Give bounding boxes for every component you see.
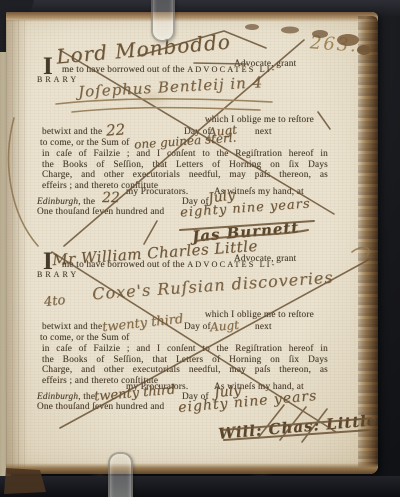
page-holding-strap-top bbox=[151, 0, 175, 42]
printed-borrowed-pre: me to have borrowed out of the bbox=[62, 65, 187, 75]
handwritten-restore-day: twenty third bbox=[101, 312, 184, 335]
background-leather-bottom bbox=[0, 476, 400, 497]
borrowing-form-2: I Mr William Charles Little Advocate, gr… bbox=[6, 253, 378, 465]
handwritten-signature: Will: Chas: Little bbox=[218, 411, 379, 443]
printed-failzie-clause: in caſe of Failzie ; and I conſent to th… bbox=[42, 149, 328, 191]
printed-failzie-clause: in caſe of Failzie ; and I conſent to th… bbox=[42, 344, 328, 386]
printed-oblige: which I oblige me to reſtore bbox=[166, 310, 314, 321]
printed-edinburgh-the: Edinburgh, the bbox=[37, 197, 95, 208]
printed-borrowed-pre: me to have borrowed out of the bbox=[62, 260, 187, 270]
failzie-line-3: Charge, and other executorials needful, … bbox=[42, 365, 328, 376]
printed-borrowed-line: me to have borrowed out of the ADVOCATES… bbox=[62, 260, 277, 271]
printed-next: next bbox=[255, 127, 272, 138]
printed-next: next bbox=[255, 322, 272, 333]
printed-one-thousand: One thouſand ſeven hundred and bbox=[37, 402, 164, 413]
printed-brary: BRARY bbox=[37, 270, 79, 281]
printed-to-come: to come, or the Sum of bbox=[40, 333, 130, 344]
printed-one-thousand: One thouſand ſeven hundred and bbox=[37, 207, 164, 218]
failzie-line-1: in caſe of Failzie ; and I conſent to th… bbox=[42, 149, 328, 160]
handwritten-restore-month: Augt bbox=[209, 318, 239, 334]
page-holding-strap-bottom bbox=[108, 452, 133, 497]
printed-edinburgh-the: Edinburgh, the bbox=[37, 392, 95, 403]
printed-the: the bbox=[81, 197, 95, 207]
failzie-line-2: the Books of Seſſion, that Letters of Ho… bbox=[42, 160, 328, 171]
printed-procurators: my Procurators. bbox=[126, 187, 188, 198]
failzie-line-3: Charge, and other executorials needful, … bbox=[42, 170, 328, 181]
printed-betwixt: betwixt and the bbox=[42, 322, 102, 333]
handwritten-book-title: Coxe's Ruſsian discoveries bbox=[92, 268, 334, 304]
printed-edinburgh: Edinburgh, bbox=[37, 197, 81, 207]
printed-oblige: which I oblige me to reſtore bbox=[166, 115, 314, 126]
handwritten-borrower-name: Lord Monboddo bbox=[55, 29, 231, 68]
handwritten-restore-day: 22 bbox=[105, 120, 125, 139]
failzie-line-1: in caſe of Failzie ; and I conſent to th… bbox=[42, 344, 328, 355]
printed-to-come: to come, or the Sum of bbox=[40, 138, 130, 149]
printed-day-of: Day of bbox=[184, 322, 211, 333]
folio-number: 263. bbox=[309, 32, 358, 56]
printed-betwixt: betwixt and the bbox=[42, 127, 102, 138]
printed-brary: BRARY bbox=[37, 75, 79, 86]
book-page: 263. I Lord Monboddo Advocate, grant me … bbox=[6, 12, 378, 474]
photo-background: 263. I Lord Monboddo Advocate, grant me … bbox=[0, 0, 400, 497]
handwritten-book-title: Joſephus Bentleij in 4 bbox=[78, 73, 264, 101]
handwritten-signing-day: 22 bbox=[102, 190, 120, 206]
printed-advocates-caps: ADVOCATES LI- bbox=[187, 65, 276, 74]
borrowing-form-1: I Lord Monboddo Advocate, grant me to ha… bbox=[6, 58, 378, 270]
printed-advocates-caps: ADVOCATES LI- bbox=[187, 260, 276, 269]
printed-edinburgh: Edinburgh, bbox=[37, 392, 81, 402]
page-edge-top bbox=[6, 12, 378, 22]
handwritten-book-format: 4to bbox=[43, 293, 66, 310]
failzie-line-2: the Books of Seſſion, that Letters of Ho… bbox=[42, 355, 328, 366]
